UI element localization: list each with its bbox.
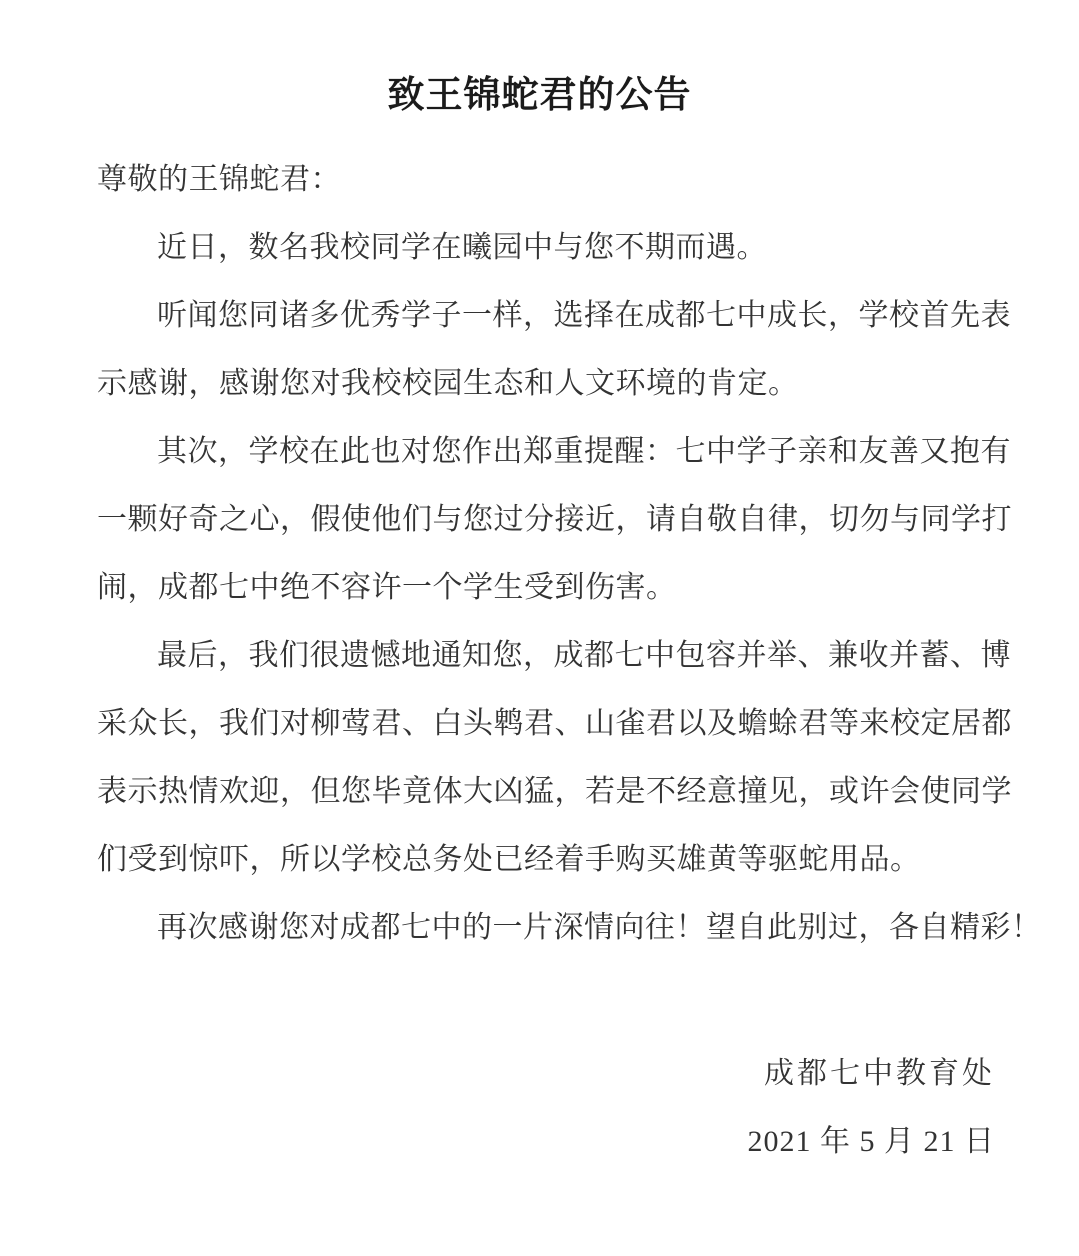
body-line: 采众长，我们对柳莺君、白头鹎君、山雀君以及蟾蜍君等来校定居都 <box>97 690 993 758</box>
date-line: 2021 年 5 月 21 日 <box>748 1108 996 1176</box>
salutation-line: 尊敬的王锦蛇君： <box>97 146 993 214</box>
body-line: 近日，数名我校同学在曦园中与您不期而遇。 <box>97 214 993 282</box>
signature-line: 成都七中教育处 <box>748 1040 996 1108</box>
document-footer: 成都七中教育处 2021 年 5 月 21 日 <box>748 1040 996 1176</box>
announcement-document: 致王锦蛇君的公告 尊敬的王锦蛇君： 近日，数名我校同学在曦园中与您不期而遇。 听… <box>0 0 1079 1256</box>
body-line: 再次感谢您对成都七中的一片深情向往！望自此别过，各自精彩！ <box>97 894 993 962</box>
document-body: 尊敬的王锦蛇君： 近日，数名我校同学在曦园中与您不期而遇。 听闻您同诸多优秀学子… <box>97 146 993 962</box>
body-line: 其次，学校在此也对您作出郑重提醒：七中学子亲和友善又抱有 <box>97 418 993 486</box>
body-line: 闹，成都七中绝不容许一个学生受到伤害。 <box>97 554 993 622</box>
body-line: 最后，我们很遗憾地通知您，成都七中包容并举、兼收并蓄、博 <box>97 622 993 690</box>
document-title: 致王锦蛇君的公告 <box>0 64 1079 118</box>
body-line: 表示热情欢迎，但您毕竟体大凶猛，若是不经意撞见，或许会使同学 <box>97 758 993 826</box>
body-line: 示感谢，感谢您对我校校园生态和人文环境的肯定。 <box>97 350 993 418</box>
body-line: 听闻您同诸多优秀学子一样，选择在成都七中成长，学校首先表 <box>97 282 993 350</box>
body-line: 一颗好奇之心，假使他们与您过分接近，请自敬自律，切勿与同学打 <box>97 486 993 554</box>
body-line: 们受到惊吓，所以学校总务处已经着手购买雄黄等驱蛇用品。 <box>97 826 993 894</box>
